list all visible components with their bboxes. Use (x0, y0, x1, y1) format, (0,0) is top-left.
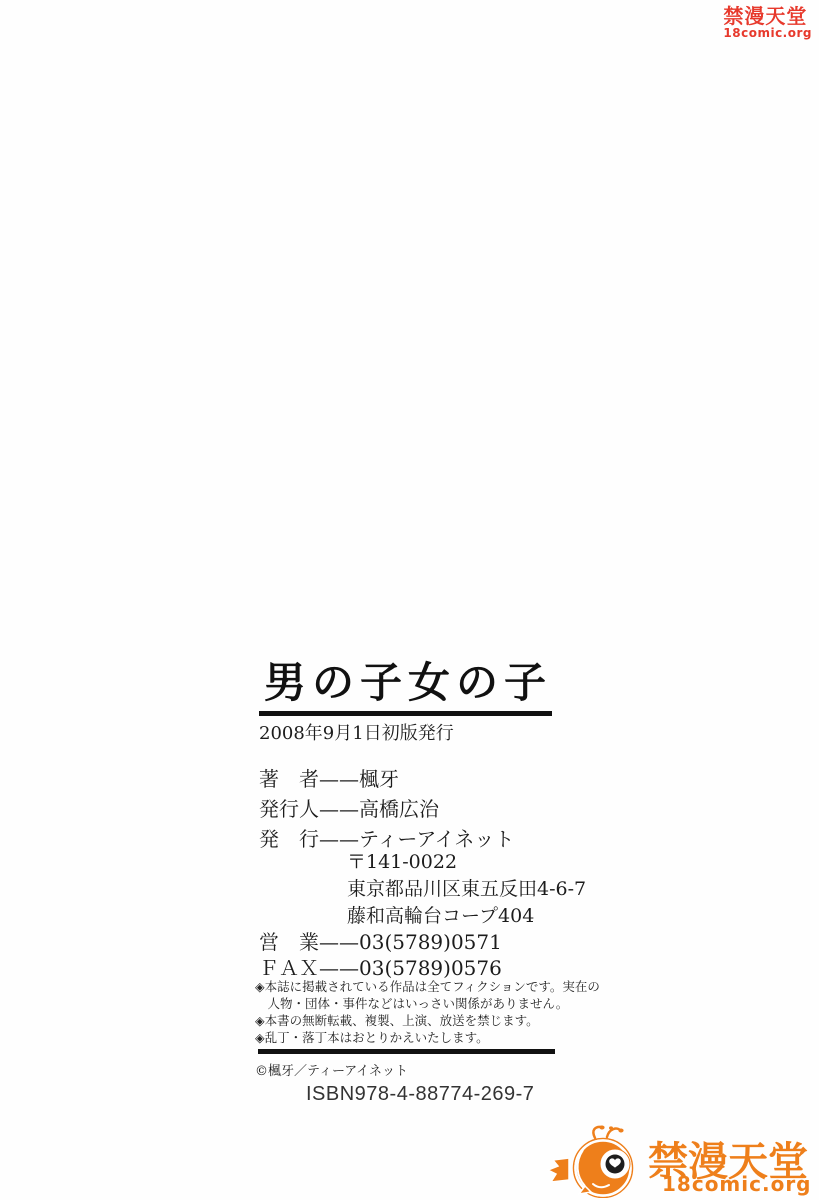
credits-block: 著 者——楓牙 発行人——高橋広治 発 行——ティーアイネット (259, 764, 514, 854)
book-title: 男の子女の子 (264, 650, 552, 710)
credit-label: 発 行 (259, 827, 319, 851)
contact-dash: —— (319, 956, 359, 980)
credit-value: ティーアイネット (359, 827, 514, 851)
credit-row: 著 者——楓牙 (259, 764, 514, 794)
contacts-block: 営 業——03(5789)0571 ＦＡＸ——03(5789)0576 (259, 929, 502, 981)
title-rule (259, 711, 552, 716)
address-line: 藤和高輪台コープ404 (347, 903, 586, 930)
site-url-text: 18comic.org (723, 27, 812, 40)
contact-dash: —— (319, 930, 359, 954)
credit-dash: —— (319, 797, 359, 821)
publisher-address: 〒141-0022 東京都品川区東五反田4-6-7 藤和高輪台コープ404 (347, 849, 586, 930)
notice-line: 人物・団体・事件などはいっさい関係がありません。 (255, 995, 600, 1012)
credit-row: 発行人——高橋広治 (259, 794, 514, 824)
credit-label: 著 者 (259, 767, 319, 791)
copyright-rule (258, 1049, 555, 1054)
credit-dash: —— (319, 767, 359, 791)
contact-value: 03(5789)0576 (359, 956, 502, 980)
credit-dash: —— (319, 827, 359, 851)
site-url-text: 18comic.org (662, 1172, 812, 1196)
scanned-page: 男の子女の子 2008年9月1日初版発行 著 者——楓牙 発行人——高橋広治 発… (0, 0, 819, 1200)
legal-notices: ◈本誌に掲載されている作品は全てフィクションです。実在の 人物・団体・事件などは… (255, 978, 600, 1046)
notice-line: ◈本誌に掲載されている作品は全てフィクションです。実在の (255, 978, 600, 995)
contact-label: 営 業 (259, 930, 319, 954)
notice-line: ◈本書の無断転載、複製、上演、放送を禁じます。 (255, 1012, 600, 1029)
isbn-number: ISBN978-4-88774-269-7 (306, 1083, 534, 1106)
credit-label: 発行人 (259, 797, 319, 821)
site-name-text: 禁漫天堂 (723, 6, 812, 27)
address-line: 東京都品川区東五反田4-6-7 (347, 876, 586, 903)
notice-line: ◈乱丁・落丁本はおとりかえいたします。 (255, 1029, 600, 1046)
edition-date: 2008年9月1日初版発行 (259, 719, 454, 745)
credit-value: 楓牙 (359, 767, 399, 791)
contact-row: 営 業——03(5789)0571 (259, 929, 502, 955)
contact-label: ＦＡＸ (259, 956, 319, 980)
credit-value: 高橋広治 (359, 797, 439, 821)
copyright-line: ©楓牙／ティーアイネット (255, 1060, 408, 1079)
fish-mascot-icon (545, 1124, 649, 1198)
address-line: 〒141-0022 (347, 849, 586, 876)
contact-value: 03(5789)0571 (359, 930, 502, 954)
watermark-bottom-right: 禁漫天堂 18comic.org (545, 1124, 819, 1200)
watermark-top-right: 禁漫天堂 18comic.org (723, 6, 812, 40)
